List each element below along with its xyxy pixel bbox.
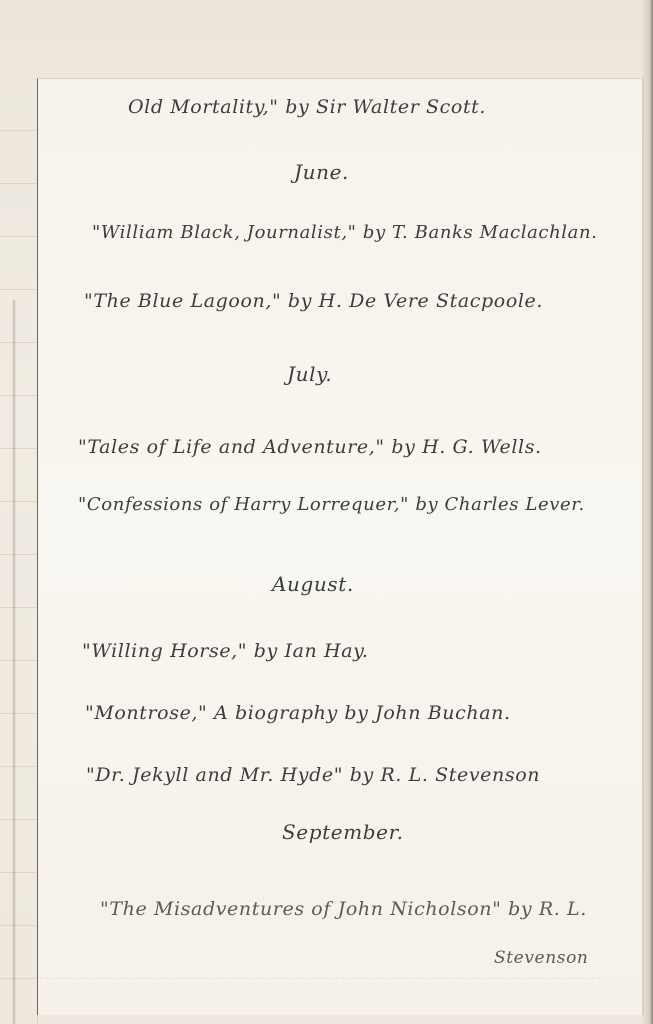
handwritten-page [37,78,642,1015]
entry-willing-horse: "Willing Horse," by Ian Hay. [82,640,369,662]
month-heading-june: June. [294,160,349,184]
entry-blue-lagoon: "The Blue Lagoon," by H. De Vere Stacpoo… [84,290,543,312]
page-edge-shadow [12,300,16,1024]
month-heading-july: July. [287,362,332,386]
entry-montrose: "Montrose," A biography by John Buchan. [85,702,511,724]
entry-john-nicholson: "The Misadventures of John Nicholson" by… [100,898,587,920]
entry-old-mortality: Old Mortality," by Sir Walter Scott. [128,96,486,118]
entry-william-black: "William Black, Journalist," by T. Banks… [92,222,597,243]
month-heading-august: August. [272,572,354,596]
water-stain [40,978,600,985]
entry-tales-of-life: "Tales of Life and Adventure," by H. G. … [78,436,542,458]
entry-jekyll-hyde: "Dr. Jekyll and Mr. Hyde" by R. L. Steve… [86,764,540,786]
entry-continuation-stevenson: Stevenson [494,948,588,968]
entry-harry-lorrequer: "Confessions of Harry Lorrequer," by Cha… [78,494,585,515]
month-heading-september: September. [282,820,404,844]
right-page-edge [641,0,653,1024]
ruled-margin [0,78,38,1024]
